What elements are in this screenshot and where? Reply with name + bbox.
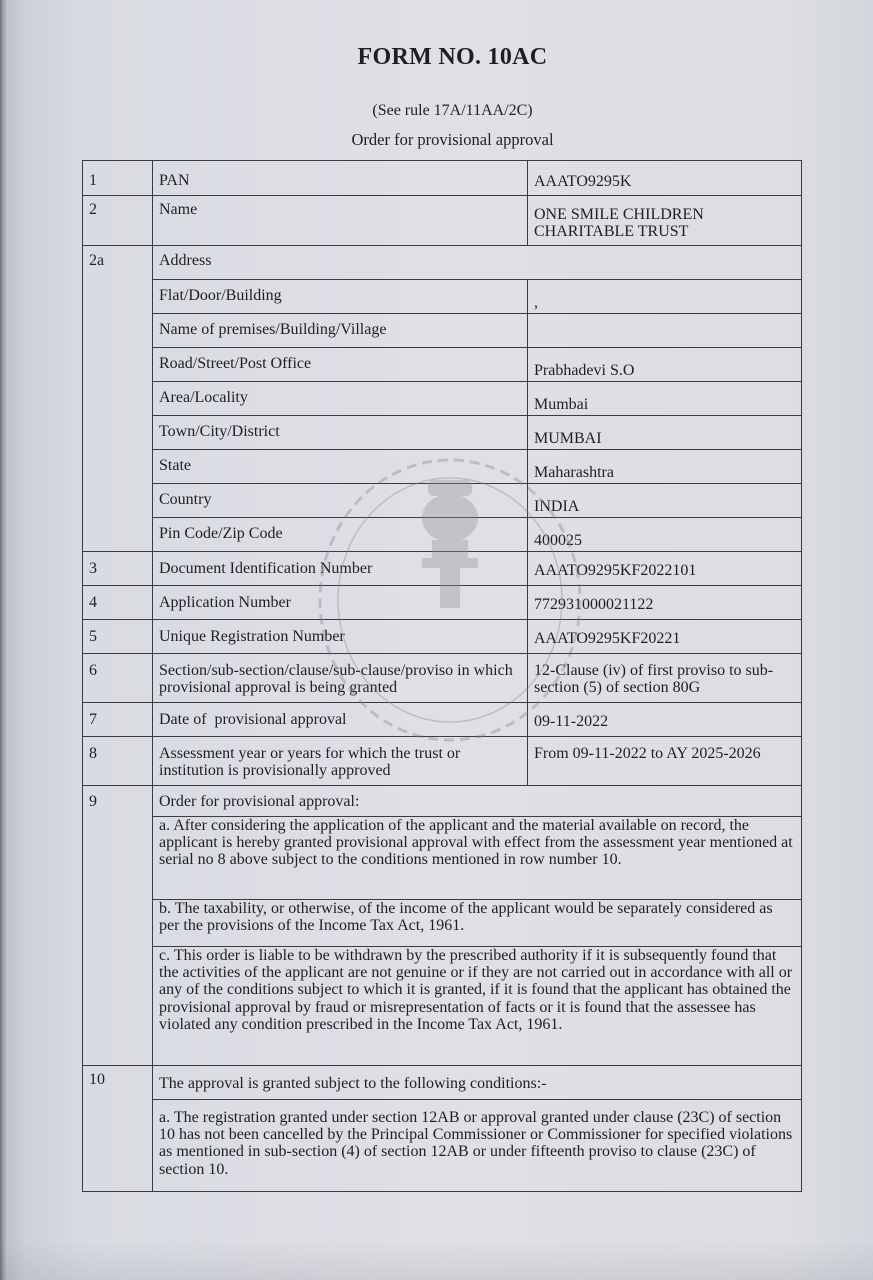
field-label: Document Identification Number: [153, 552, 528, 586]
order-paragraph-text: b. The taxability, or otherwise, of the …: [153, 900, 802, 947]
table-row-section: 6 Section/sub-section/clause/sub-clause/…: [83, 654, 802, 703]
form-table: 1 PAN AAATO9295K 2 Name ONE SMILE CHILDR…: [82, 160, 802, 1192]
table-row-application: 4 Application Number 772931000021122: [83, 586, 802, 620]
row-number: 9: [83, 786, 153, 1066]
row-number: 2: [83, 196, 153, 246]
address-row-town: Town/City/District MUMBAI: [83, 416, 802, 450]
town-value: MUMBAI: [528, 416, 802, 450]
road-value: Prabhadevi S.O: [528, 348, 802, 382]
order-paragraph-b: b. The taxability, or otherwise, of the …: [83, 900, 802, 947]
address-row-country: Country INDIA: [83, 484, 802, 518]
row-number: 8: [83, 737, 153, 786]
field-label: Date of provisional approval: [153, 703, 528, 737]
table-row-din: 3 Document Identification Number AAATO92…: [83, 552, 802, 586]
table-row-assessment-year: 8 Assessment year or years for which the…: [83, 737, 802, 786]
table-row-date: 7 Date of provisional approval 09-11-202…: [83, 703, 802, 737]
section-value: 12-Clause (iv) of first proviso to sub-s…: [528, 654, 802, 703]
table-row-urn: 5 Unique Registration Number AAATO9295KF…: [83, 620, 802, 654]
urn-value: AAATO9295KF20221: [528, 620, 802, 654]
order-paragraph-c: c. This order is liable to be withdrawn …: [83, 947, 802, 1066]
area-value: Mumbai: [528, 382, 802, 416]
field-label: Country: [153, 484, 528, 518]
field-label: Flat/Door/Building: [153, 280, 528, 314]
address-row-flat: Flat/Door/Building ,: [83, 280, 802, 314]
state-value: Maharashtra: [528, 450, 802, 484]
row-number: 10: [83, 1066, 153, 1192]
address-row-premises: Name of premises/Building/Village: [83, 314, 802, 348]
row-number: 3: [83, 552, 153, 586]
pan-value: AAATO9295K: [528, 161, 802, 196]
conditions-paragraph-text: a. The registration granted under sectio…: [153, 1100, 802, 1192]
field-label: Section/sub-section/clause/sub-clause/pr…: [153, 654, 528, 703]
field-label: Order for provisional approval:: [153, 786, 802, 817]
field-label: Pin Code/Zip Code: [153, 518, 528, 552]
rule-reference: (See rule 17A/11AA/2C): [0, 102, 873, 120]
assessment-year-value: From 09-11-2022 to AY 2025-2026: [528, 737, 802, 786]
row-number: 2a: [83, 246, 153, 552]
row-number: 4: [83, 586, 153, 620]
application-value: 772931000021122: [528, 586, 802, 620]
field-label: Unique Registration Number: [153, 620, 528, 654]
page-edge-shadow: [0, 0, 8, 1280]
field-label: Address: [153, 246, 802, 280]
address-row-pincode: Pin Code/Zip Code 400025: [83, 518, 802, 552]
table-row-pan: 1 PAN AAATO9295K: [83, 161, 802, 196]
row-number: 5: [83, 620, 153, 654]
field-label: Town/City/District: [153, 416, 528, 450]
field-label: Area/Locality: [153, 382, 528, 416]
table-row-address: 2a Address: [83, 246, 802, 280]
address-row-state: State Maharashtra: [83, 450, 802, 484]
form-title: FORM NO. 10AC: [0, 44, 873, 71]
order-paragraph-a: a. After considering the application of …: [83, 817, 802, 900]
address-row-road: Road/Street/Post Office Prabhadevi S.O: [83, 348, 802, 382]
field-label: Application Number: [153, 586, 528, 620]
date-value: 09-11-2022: [528, 703, 802, 737]
order-paragraph-text: c. This order is liable to be withdrawn …: [153, 947, 802, 1066]
table-row-conditions: 10 The approval is granted subject to th…: [83, 1066, 802, 1100]
din-value: AAATO9295KF2022101: [528, 552, 802, 586]
page-bottom-shadow: [0, 1240, 873, 1280]
field-label: State: [153, 450, 528, 484]
field-label: PAN: [153, 161, 528, 196]
country-value: INDIA: [528, 484, 802, 518]
conditions-paragraph-a: a. The registration granted under sectio…: [83, 1100, 802, 1192]
field-label: Name of premises/Building/Village: [153, 314, 528, 348]
row-number: 1: [83, 161, 153, 196]
premises-value: [528, 314, 802, 348]
flat-value: ,: [528, 280, 802, 314]
row-number: 6: [83, 654, 153, 703]
table-row-order: 9 Order for provisional approval:: [83, 786, 802, 817]
field-label: Assessment year or years for which the t…: [153, 737, 528, 786]
table-row-name: 2 Name ONE SMILE CHILDREN CHARITABLE TRU…: [83, 196, 802, 246]
name-value: ONE SMILE CHILDREN CHARITABLE TRUST: [528, 196, 802, 246]
order-paragraph-text: a. After considering the application of …: [153, 817, 802, 900]
row-number: 7: [83, 703, 153, 737]
address-row-area: Area/Locality Mumbai: [83, 382, 802, 416]
field-label: Name: [153, 196, 528, 246]
pincode-value: 400025: [528, 518, 802, 552]
field-label: Road/Street/Post Office: [153, 348, 528, 382]
field-label: The approval is granted subject to the f…: [153, 1066, 802, 1100]
form-subtitle: Order for provisional approval: [0, 130, 873, 150]
